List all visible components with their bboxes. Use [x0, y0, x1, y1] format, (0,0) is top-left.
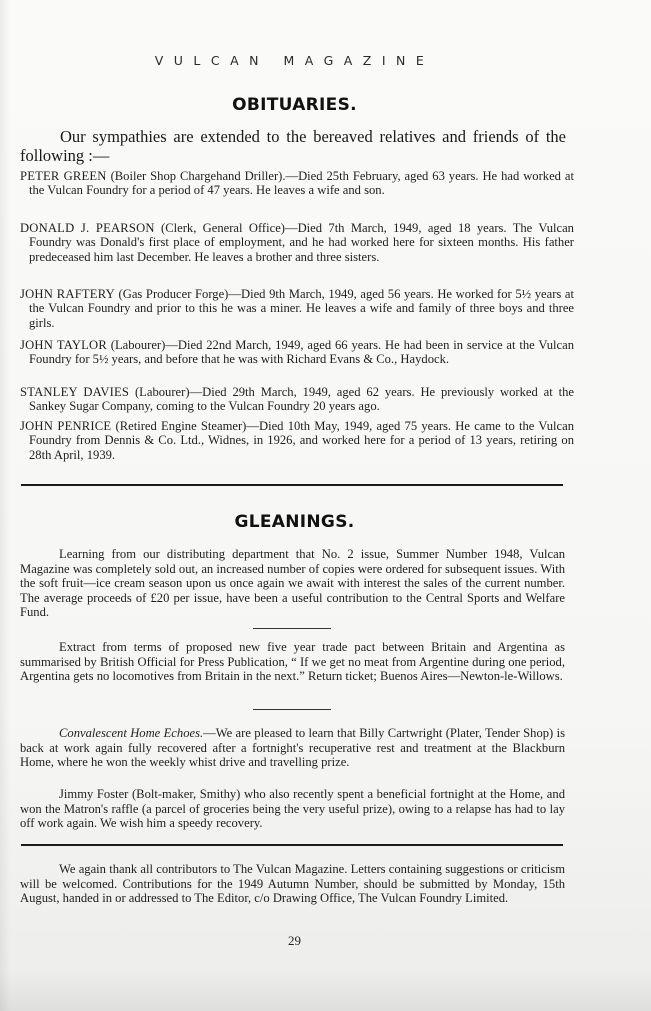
obituary-name: JOHN RAFTERY	[20, 287, 115, 301]
obituary-text: —Died 10th May, 1949, aged 75 years. He …	[29, 419, 574, 462]
obituaries-intro: Our sympathies are extended to the berea…	[20, 127, 566, 165]
obituary-entry: JOHN PENRICE (Retired Engine Steamer)—Di…	[20, 419, 574, 462]
obituary-role: (Labourer)	[135, 385, 190, 399]
gleaning-lead: Convalescent Home Echoes.	[59, 726, 203, 740]
closing-note: We again thank all contributors to The V…	[20, 862, 565, 906]
obituary-entry: STANLEY DAVIES (Labourer)—Died 29th Marc…	[20, 385, 574, 414]
obituary-entry: PETER GREEN (Boiler Shop Chargehand Dril…	[20, 169, 574, 198]
obituary-name: PETER GREEN	[20, 169, 107, 183]
short-divider	[253, 628, 331, 629]
running-head: VULCAN MAGAZINE	[0, 53, 589, 68]
obituaries-title: OBITUARIES.	[0, 95, 589, 115]
gleaning-text: Learning from our distributing departmen…	[20, 547, 565, 619]
obituaries-intro-text: Our sympathies are extended to the berea…	[20, 127, 566, 165]
obituary-entry: JOHN TAYLOR (Labourer)—Died 22nd March, …	[20, 338, 574, 367]
magazine-page: VULCAN MAGAZINE OBITUARIES. Our sympathi…	[0, 0, 651, 1011]
gleaning-text: Jimmy Foster (Bolt-maker, Smithy) who al…	[20, 787, 565, 830]
obituary-entry: JOHN RAFTERY (Gas Producer Forge)—Died 9…	[20, 287, 574, 330]
obituary-entry: DONALD J. PEARSON (Clerk, General Office…	[20, 221, 574, 264]
page-number: 29	[0, 933, 589, 949]
page-bottom-shadow	[0, 971, 651, 1011]
gleaning-text: Extract from terms of proposed new five …	[20, 640, 565, 683]
obituary-role: (Clerk, General Office)	[161, 221, 285, 235]
section-divider	[21, 844, 563, 846]
obituary-role: (Retired Engine Steamer)	[116, 419, 247, 433]
obituary-role: (Boiler Shop Chargehand Driller).	[111, 169, 286, 183]
gleaning-paragraph: Jimmy Foster (Bolt-maker, Smithy) who al…	[20, 787, 565, 831]
short-divider	[253, 709, 331, 710]
gleaning-paragraph: Convalescent Home Echoes.—We are pleased…	[20, 726, 565, 770]
gleaning-paragraph: Extract from terms of proposed new five …	[20, 640, 565, 684]
obituary-role: (Labourer)	[111, 338, 166, 352]
obituary-name: JOHN TAYLOR	[20, 338, 107, 352]
obituary-role: (Gas Producer Forge)	[119, 287, 229, 301]
obituary-name: STANLEY DAVIES	[20, 385, 129, 399]
closing-note-text: We again thank all contributors to The V…	[20, 862, 565, 905]
gleaning-paragraph: Learning from our distributing departmen…	[20, 547, 565, 620]
page-edge-shadow	[0, 0, 10, 1011]
obituary-name: JOHN PENRICE	[20, 419, 111, 433]
gleanings-title: GLEANINGS.	[0, 512, 589, 532]
section-divider	[21, 484, 563, 486]
obituary-name: DONALD J. PEARSON	[20, 221, 155, 235]
